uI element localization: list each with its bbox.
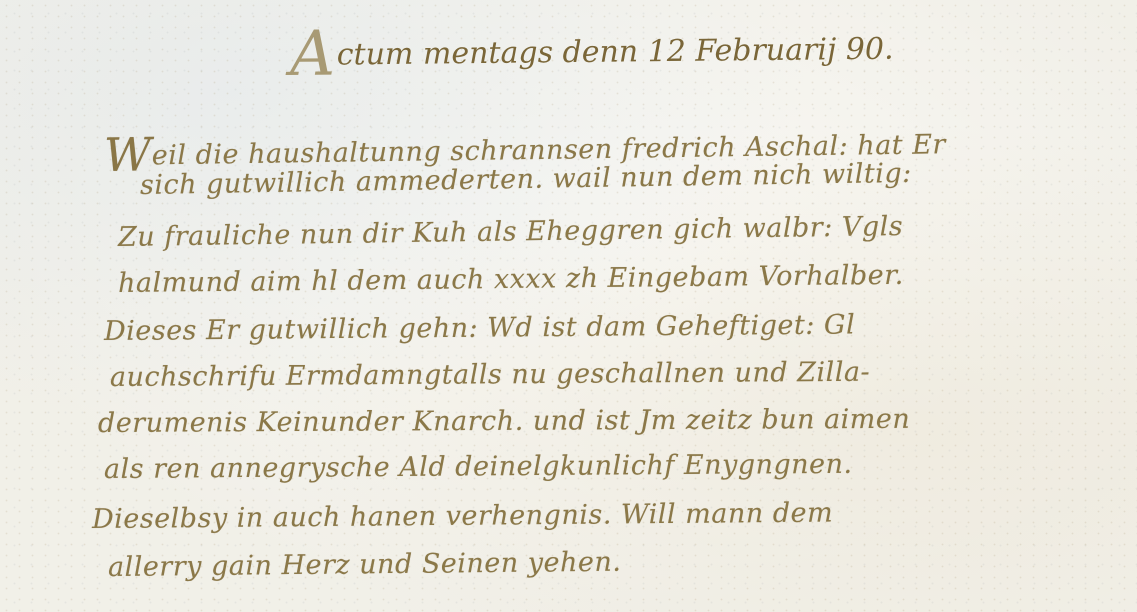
line-text: allerry gain Herz und Seinen yehen. <box>108 547 622 583</box>
text-line-5: Dieses Er gutwillich gehn: Wd ist dam Ge… <box>104 309 855 347</box>
heading-initial-flourish: A <box>290 39 335 69</box>
text-line-10: allerry gain Herz und Seinen yehen. <box>108 547 622 583</box>
text-line-8: als ren annegrysche Ald deinelgkunlichf … <box>104 449 853 485</box>
text-line-7: derumenis Keinunder Knarch. und ist Jm z… <box>98 404 910 439</box>
text-line-9: Dieselbsy in auch hanen verhengnis. Will… <box>92 498 833 535</box>
line-text: Dieselbsy in auch hanen verhengnis. Will… <box>92 498 833 535</box>
line-text: Dieses Er gutwillich gehn: Wd ist dam Ge… <box>104 309 855 347</box>
text-line-6: auchschrifu Ermdamngtalls nu geschallnen… <box>110 357 870 393</box>
line-text: als ren annegrysche Ald deinelgkunlichf … <box>104 449 853 485</box>
line-text: auchschrifu Ermdamngtalls nu geschallnen… <box>110 357 870 393</box>
line-text: derumenis Keinunder Knarch. und ist Jm z… <box>98 404 910 439</box>
document-heading: Actum mentags denn 12 Februarij 90. <box>290 32 894 73</box>
heading-text: ctum mentags denn 12 Februarij 90. <box>337 32 894 73</box>
